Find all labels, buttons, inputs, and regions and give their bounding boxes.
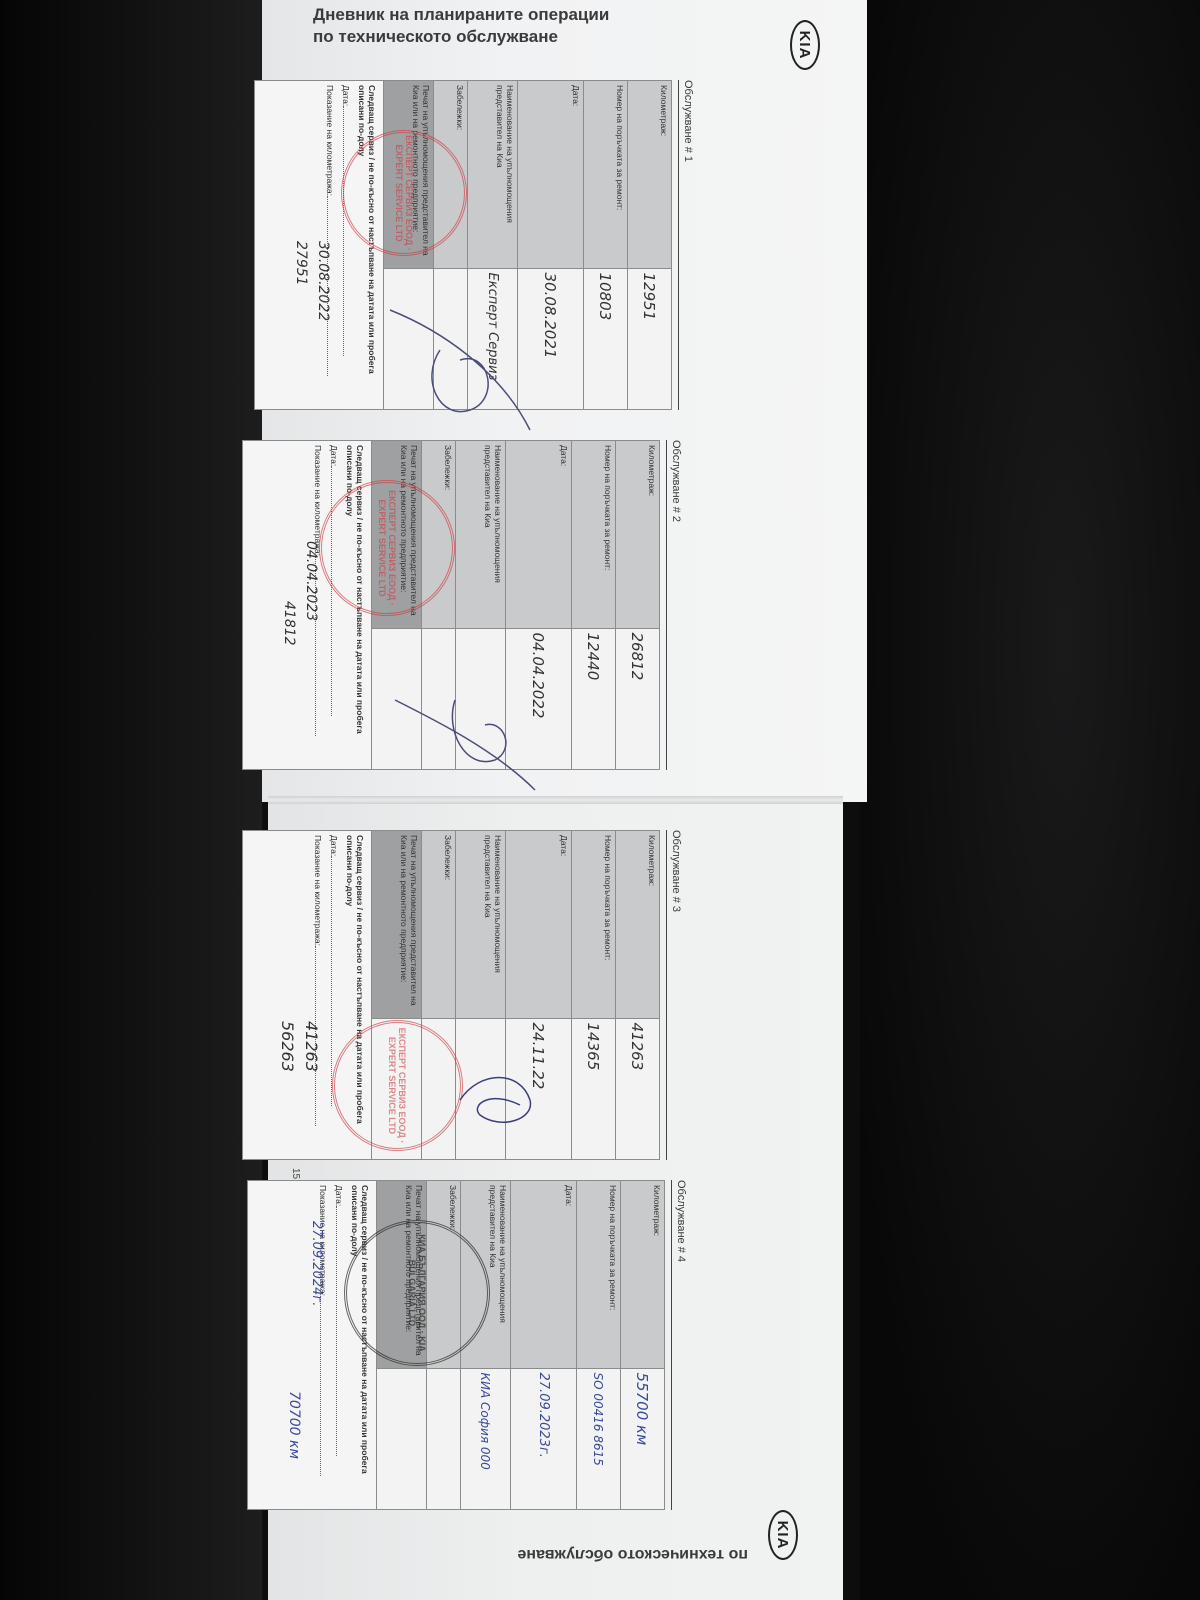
booklet-gutter bbox=[268, 796, 843, 804]
value-notes bbox=[434, 268, 468, 409]
value-mileage: 26812 bbox=[616, 628, 660, 769]
label-mileage: Километраж: bbox=[616, 831, 660, 1019]
label-date: Дата: bbox=[518, 81, 584, 269]
value-dealer: Експерт Сервиз bbox=[468, 268, 518, 409]
label-order-no: Номер на поръчката за ремонт: bbox=[577, 1181, 621, 1369]
next-date-value: 04.04.2023 bbox=[303, 541, 319, 621]
label-dealer: Наименование на упълномощения представит… bbox=[468, 81, 518, 269]
value-date: 30.08.2021 bbox=[518, 268, 584, 409]
label-order-no: Номер на поръчката за ремонт: bbox=[584, 81, 628, 269]
label-notes: Забележки: bbox=[422, 831, 456, 1019]
value-order-no: 14365 bbox=[572, 1018, 616, 1159]
label-dealer: Наименование на упълномощения представит… bbox=[456, 831, 506, 1019]
booklet-title-top: Дневник на планираните операции по техни… bbox=[313, 4, 743, 52]
next-date-row: Дата: bbox=[341, 85, 351, 405]
value-dealer: КИА София 000 bbox=[461, 1368, 511, 1509]
page-number-15: 15 bbox=[290, 1168, 301, 1179]
next-mileage-value: 27951 bbox=[293, 241, 309, 286]
next-mileage-value: 41812 bbox=[281, 601, 297, 646]
booklet-title-bottom: по техническото обслужване bbox=[478, 1543, 748, 1565]
value-date: 04.04.2022 bbox=[506, 628, 572, 769]
value-date: 24.11.22 bbox=[506, 1018, 572, 1159]
next-mileage-value: 70700 км bbox=[286, 1391, 302, 1459]
value-stamp bbox=[372, 628, 422, 769]
dealer-stamp: ЕКСПЕРТ СЕРВИЗ ЕООД · EXPERT SERVICE LTD bbox=[341, 130, 467, 256]
next-service-box: Следващ сервиз / не по-късно от настъпва… bbox=[247, 1180, 376, 1510]
value-stamp bbox=[384, 268, 434, 409]
dealer-stamp: КИА БЪЛГАРИЯ ООД · KIA BULGARIA LTD bbox=[344, 1220, 490, 1366]
kia-logo-bottom: KIA bbox=[768, 1510, 798, 1560]
value-notes bbox=[422, 628, 456, 769]
label-date: Дата: bbox=[506, 831, 572, 1019]
label-mileage: Километраж: bbox=[628, 81, 672, 269]
dealer-stamp: ЕКСПЕРТ СЕРВИЗ ЕООД · EXPERT SERVICE LTD bbox=[332, 1020, 463, 1151]
next-date-value: 41263 bbox=[302, 1021, 321, 1072]
label-date: Дата: bbox=[511, 1181, 577, 1369]
value-mileage: 41263 bbox=[616, 1018, 660, 1159]
service-header: Обслужване # 1 bbox=[678, 80, 697, 410]
background-right bbox=[860, 0, 1200, 1600]
next-date-value: 30.08.2022 bbox=[315, 241, 331, 321]
next-mileage-row: Показание на километража: bbox=[313, 835, 323, 1155]
value-mileage: 55700 км bbox=[621, 1368, 665, 1509]
label-dealer: Наименование на упълномощения представит… bbox=[456, 441, 506, 629]
next-mileage-value: 56263 bbox=[278, 1021, 297, 1072]
value-order-no: 10803 bbox=[584, 268, 628, 409]
dealer-stamp: ЕКСПЕРТ СЕРВИЗ ЕООД · EXPERT SERVICE LTD bbox=[319, 480, 455, 616]
service-header: Обслужване # 3 bbox=[666, 830, 685, 1160]
next-date-row: Дата: bbox=[329, 445, 339, 765]
next-date-row: Дата: bbox=[334, 1185, 344, 1505]
kia-logo-top: KIA bbox=[790, 20, 820, 70]
booklet-title-line1: Дневник на планираните операции bbox=[313, 4, 743, 26]
label-mileage: Километраж: bbox=[621, 1181, 665, 1369]
service-header: Обслужване # 2 bbox=[666, 440, 685, 770]
service-card-1: Обслужване # 1 Километраж:12951 Номер на… bbox=[237, 80, 697, 410]
label-order-no: Номер на поръчката за ремонт: bbox=[572, 831, 616, 1019]
value-dealer bbox=[456, 628, 506, 769]
value-notes bbox=[427, 1368, 461, 1509]
value-dealer bbox=[456, 1018, 506, 1159]
label-mileage: Километраж: bbox=[616, 441, 660, 629]
label-date: Дата: bbox=[506, 441, 572, 629]
service-card-2: Обслужване # 2 Километраж:26812 Номер на… bbox=[225, 440, 685, 770]
value-order-no: SO 00416 8615 bbox=[577, 1368, 621, 1509]
value-date: 27.09.2023г. bbox=[511, 1368, 577, 1509]
next-service-box: Следващ сервиз / не по-късно от настъпва… bbox=[254, 80, 383, 410]
service-card-3: Обслужване # 3 Километраж:41263 Номер на… bbox=[225, 830, 685, 1160]
label-order-no: Номер на поръчката за ремонт: bbox=[572, 441, 616, 629]
value-order-no: 12440 bbox=[572, 628, 616, 769]
next-date-value: 27.09.2024г. bbox=[309, 1221, 324, 1306]
value-stamp bbox=[377, 1368, 427, 1509]
service-header: Обслужване # 4 bbox=[671, 1180, 690, 1510]
value-mileage: 12951 bbox=[628, 268, 672, 409]
service-card-4: Обслужване # 4 Километраж:55700 км Номер… bbox=[230, 1180, 690, 1510]
background-left bbox=[0, 0, 262, 1600]
label-stamp: Печат на упълномощения представител на К… bbox=[372, 831, 422, 1019]
booklet-title-line2: по техническото обслужване bbox=[313, 26, 743, 48]
